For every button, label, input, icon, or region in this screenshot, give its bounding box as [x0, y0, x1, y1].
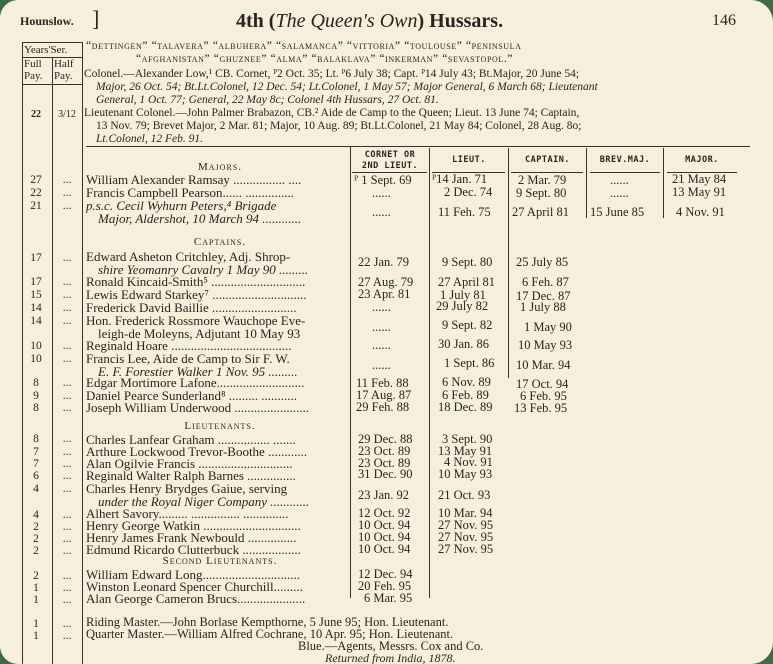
colonel-line-2: Major, 26 Oct. 54; Bt.Lt.Colonel, 12 Dec…: [96, 81, 598, 93]
section-lieutenants: Lieutenants.: [120, 420, 320, 432]
page-title: 4th (The Queen's Own) Hussars.: [236, 10, 503, 33]
battle-honours-line-2: “Afghanistan” “Ghuznee” “Alma” “Balaklav…: [136, 53, 513, 65]
col-header-brev-maj: BREV.MAJ.: [587, 155, 663, 165]
rule-lieut-captain: [508, 148, 509, 378]
colonel-line-3: General, 1 Oct. 77; General, 22 May 8c; …: [96, 94, 439, 106]
full-pay-label: Full Pay.: [24, 58, 43, 82]
col-header-major: MAJOR.: [664, 155, 740, 165]
lt-colonel-line-3: Lt.Colonel, 12 Feb. 91.: [96, 133, 203, 145]
station-location: Hounslow.: [20, 14, 74, 29]
lt-colonel-line-2: 13 Nov. 79; Brevet Major, 2 Mar. 81; Maj…: [96, 120, 581, 132]
bracket-mark: ]: [92, 6, 99, 32]
col-header-cornet: CORNET OR 2ND LIEUT.: [352, 150, 428, 172]
document-page: Hounslow. ] 4th (The Queen's Own) Hussar…: [0, 0, 773, 664]
section-second-lieutenants: Second Lieutenants.: [120, 555, 320, 567]
rule-name-cornet: [350, 146, 351, 598]
section-captains: Captains.: [120, 236, 320, 248]
table-top-rule: [86, 146, 750, 147]
lt-colonel-years-half: 3/12: [50, 109, 84, 120]
years-service-label: Years'Ser.: [24, 44, 67, 56]
col-header-lieut: LIEUT.: [430, 155, 508, 165]
rule-years-bottom: [22, 84, 82, 85]
colonel-line-1: Colonel.—Alexander Low,¹ CB. Cornet, ᴾ2 …: [84, 68, 579, 80]
lt-colonel-line-1: Lieutenant Colonel.—John Palmer Brabazon…: [84, 107, 579, 119]
half-pay-label: Half Pay.: [54, 58, 74, 82]
rule-years-top: [22, 42, 82, 43]
page-number: 146: [712, 12, 736, 30]
rule-cornet-lieut: [429, 148, 430, 598]
battle-honours-line-1: “Dettingen” “Talavera” “Albuhera” “Salam…: [86, 40, 522, 52]
returned-from-india: Returned from India, 1878.: [325, 651, 456, 664]
col-header-captain: CAPTAIN.: [509, 155, 586, 165]
